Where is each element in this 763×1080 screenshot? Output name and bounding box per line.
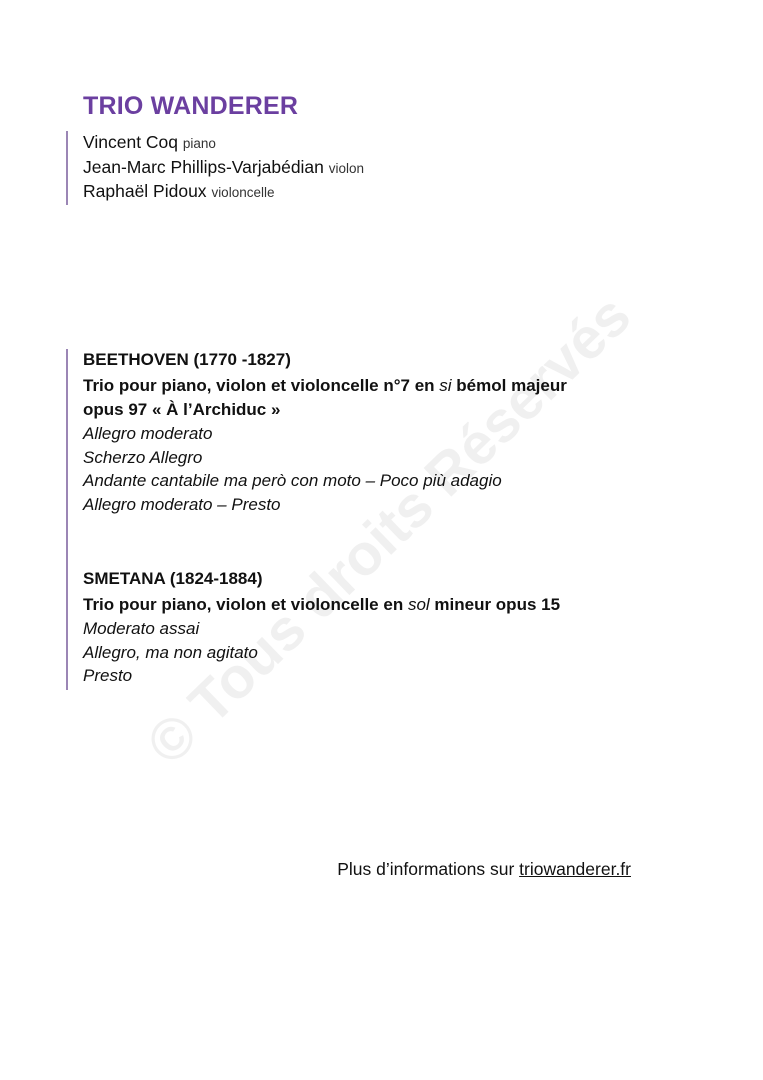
member: Vincent Coq piano (83, 131, 364, 156)
movement: Andante cantabile ma però con moto – Poc… (83, 469, 567, 493)
piece-text: Trio pour piano, violon et violoncelle e… (83, 595, 408, 614)
piece-text: bémol majeur (452, 376, 567, 395)
member-name: Raphaël Pidoux (83, 181, 207, 201)
members-list: Vincent Coq piano Jean-Marc Phillips-Var… (66, 131, 364, 205)
piece-title: Trio pour piano, violon et violoncelle n… (83, 374, 567, 422)
footer-text: Plus d’informations sur (337, 859, 519, 879)
member-name: Jean-Marc Phillips-Varjabédian (83, 157, 324, 177)
work-smetana: SMETANA (1824-1884) Trio pour piano, vio… (83, 568, 560, 688)
movement: Scherzo Allegro (83, 446, 567, 470)
composer-heading: BEETHOVEN (1770 -1827) (83, 349, 567, 371)
member-name: Vincent Coq (83, 132, 178, 152)
member-role: violoncelle (211, 185, 274, 200)
website-link[interactable]: triowanderer.fr (519, 859, 631, 879)
member: Raphaël Pidoux violoncelle (83, 180, 364, 205)
work-beethoven: BEETHOVEN (1770 -1827) Trio pour piano, … (83, 349, 567, 516)
piece-key: sol (408, 595, 430, 614)
member-role: violon (329, 161, 364, 176)
piece-text: mineur opus 15 (430, 595, 560, 614)
program-section: BEETHOVEN (1770 -1827) Trio pour piano, … (66, 349, 668, 690)
more-info-footer: Plus d’informations sur triowanderer.fr (337, 859, 631, 880)
movement: Allegro moderato (83, 422, 567, 446)
piece-text: opus 97 « À l’Archiduc » (83, 400, 280, 419)
piece-key: si (439, 376, 451, 395)
movement: Allegro, ma non agitato (83, 641, 560, 665)
piece-text: Trio pour piano, violon et violoncelle n… (83, 376, 439, 395)
movement: Allegro moderato – Presto (83, 493, 567, 517)
piece-title: Trio pour piano, violon et violoncelle e… (83, 593, 560, 617)
movement: Moderato assai (83, 617, 560, 641)
member: Jean-Marc Phillips-Varjabédian violon (83, 156, 364, 181)
ensemble-title: TRIO WANDERER (83, 92, 298, 121)
member-role: piano (183, 136, 216, 151)
movement: Presto (83, 664, 560, 688)
composer-heading: SMETANA (1824-1884) (83, 568, 560, 590)
